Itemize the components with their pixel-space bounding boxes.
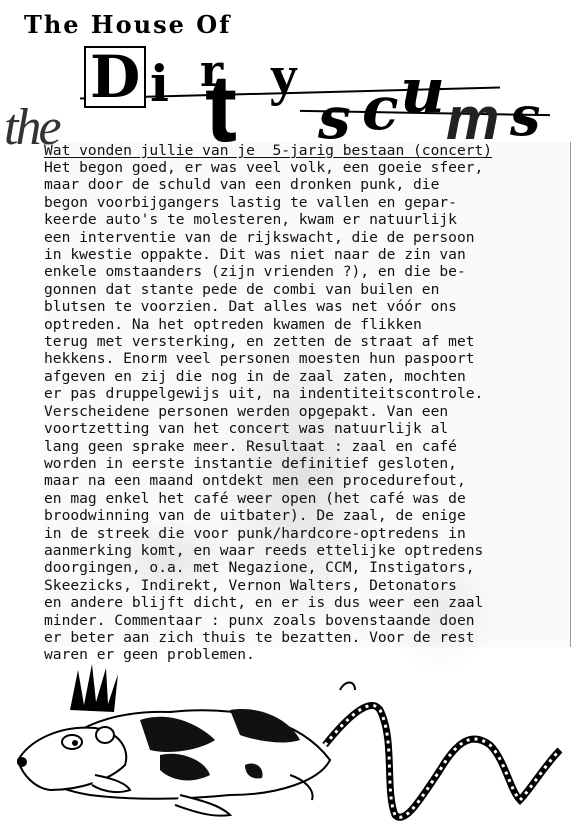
masthead-letter: i [150,54,169,113]
article-line: er beter aan zich thuis te bezatten. Voo… [44,629,570,646]
article-line: Het begon goed, er was veel volk, een go… [44,159,570,176]
article-line: worden in eerste instantie definitief ge… [44,455,570,472]
article-line: Verscheidene personen werden opgepakt. V… [44,403,570,420]
interview-answer: Het begon goed, er was veel volk, een go… [44,159,570,664]
punk-rat-illustration-icon [0,650,571,825]
article-line: hekkens. Enorm veel personen moesten hun… [44,350,570,367]
article-line: afgeven en zij die nog in de zaal zaten,… [44,368,570,385]
article-line: broodwinning van de uitbater). De zaal, … [44,507,570,524]
masthead-letter: c [362,74,399,144]
masthead-letter: y [270,44,298,108]
article-line: voortzetting van het concert was natuurl… [44,420,570,437]
masthead-letter: D [84,46,146,108]
article-line: terug met versterking, en zetten de stra… [44,333,570,350]
article-line: in de streek die voor punk/hardcore-optr… [44,525,570,542]
article-line: keerde auto's te molesteren, kwam er nat… [44,211,570,228]
article-line: Skeezicks, Indirekt, Vernon Walters, Det… [44,577,570,594]
masthead-letter: s [510,84,540,148]
article-line: lang geen sprake meer. Resultaat : zaal … [44,438,570,455]
article-line: gonnen dat stante pede de combi van buil… [44,281,570,298]
article-line: en andere blijft dicht, en er is dus wee… [44,594,570,611]
article-line: optreden. Na het optreden kwamen de flik… [44,316,570,333]
article-line: minder. Commentaar : punx zoals bovensta… [44,612,570,629]
article-line: en mag enkel het café weer open (het caf… [44,490,570,507]
article-line: in kwestie oppakte. Dit was niet naar de… [44,246,570,263]
article-line: er pas druppelgewijs uit, na indentiteit… [44,385,570,402]
article-line: blutsen te voorzien. Dat alles was net v… [44,298,570,315]
masthead-letter: u [400,54,445,127]
article-line: doorgingen, o.a. met Negazione, CCM, Ins… [44,559,570,576]
article-line: enkele omstaanders (zijn vrienden ?), en… [44,263,570,280]
article-line: aanmerking komt, en waar reeds ettelijke… [44,542,570,559]
kicker-heading: The House Of [24,10,231,39]
article-line: maar na een maand ontdekt men een proced… [44,472,570,489]
interview-question: Wat vonden jullie van je 5-jarig bestaan… [44,142,570,159]
article-line: maar door de schuld van een dronken punk… [44,176,570,193]
article-line: een interventie van de rijkswacht, die d… [44,229,570,246]
article-line: begon voorbijgangers lastig te vallen en… [44,194,570,211]
masthead-logo: the D i r t y s c u m s [0,44,571,149]
interview-article: Wat vonden jullie van je 5-jarig bestaan… [44,142,571,647]
